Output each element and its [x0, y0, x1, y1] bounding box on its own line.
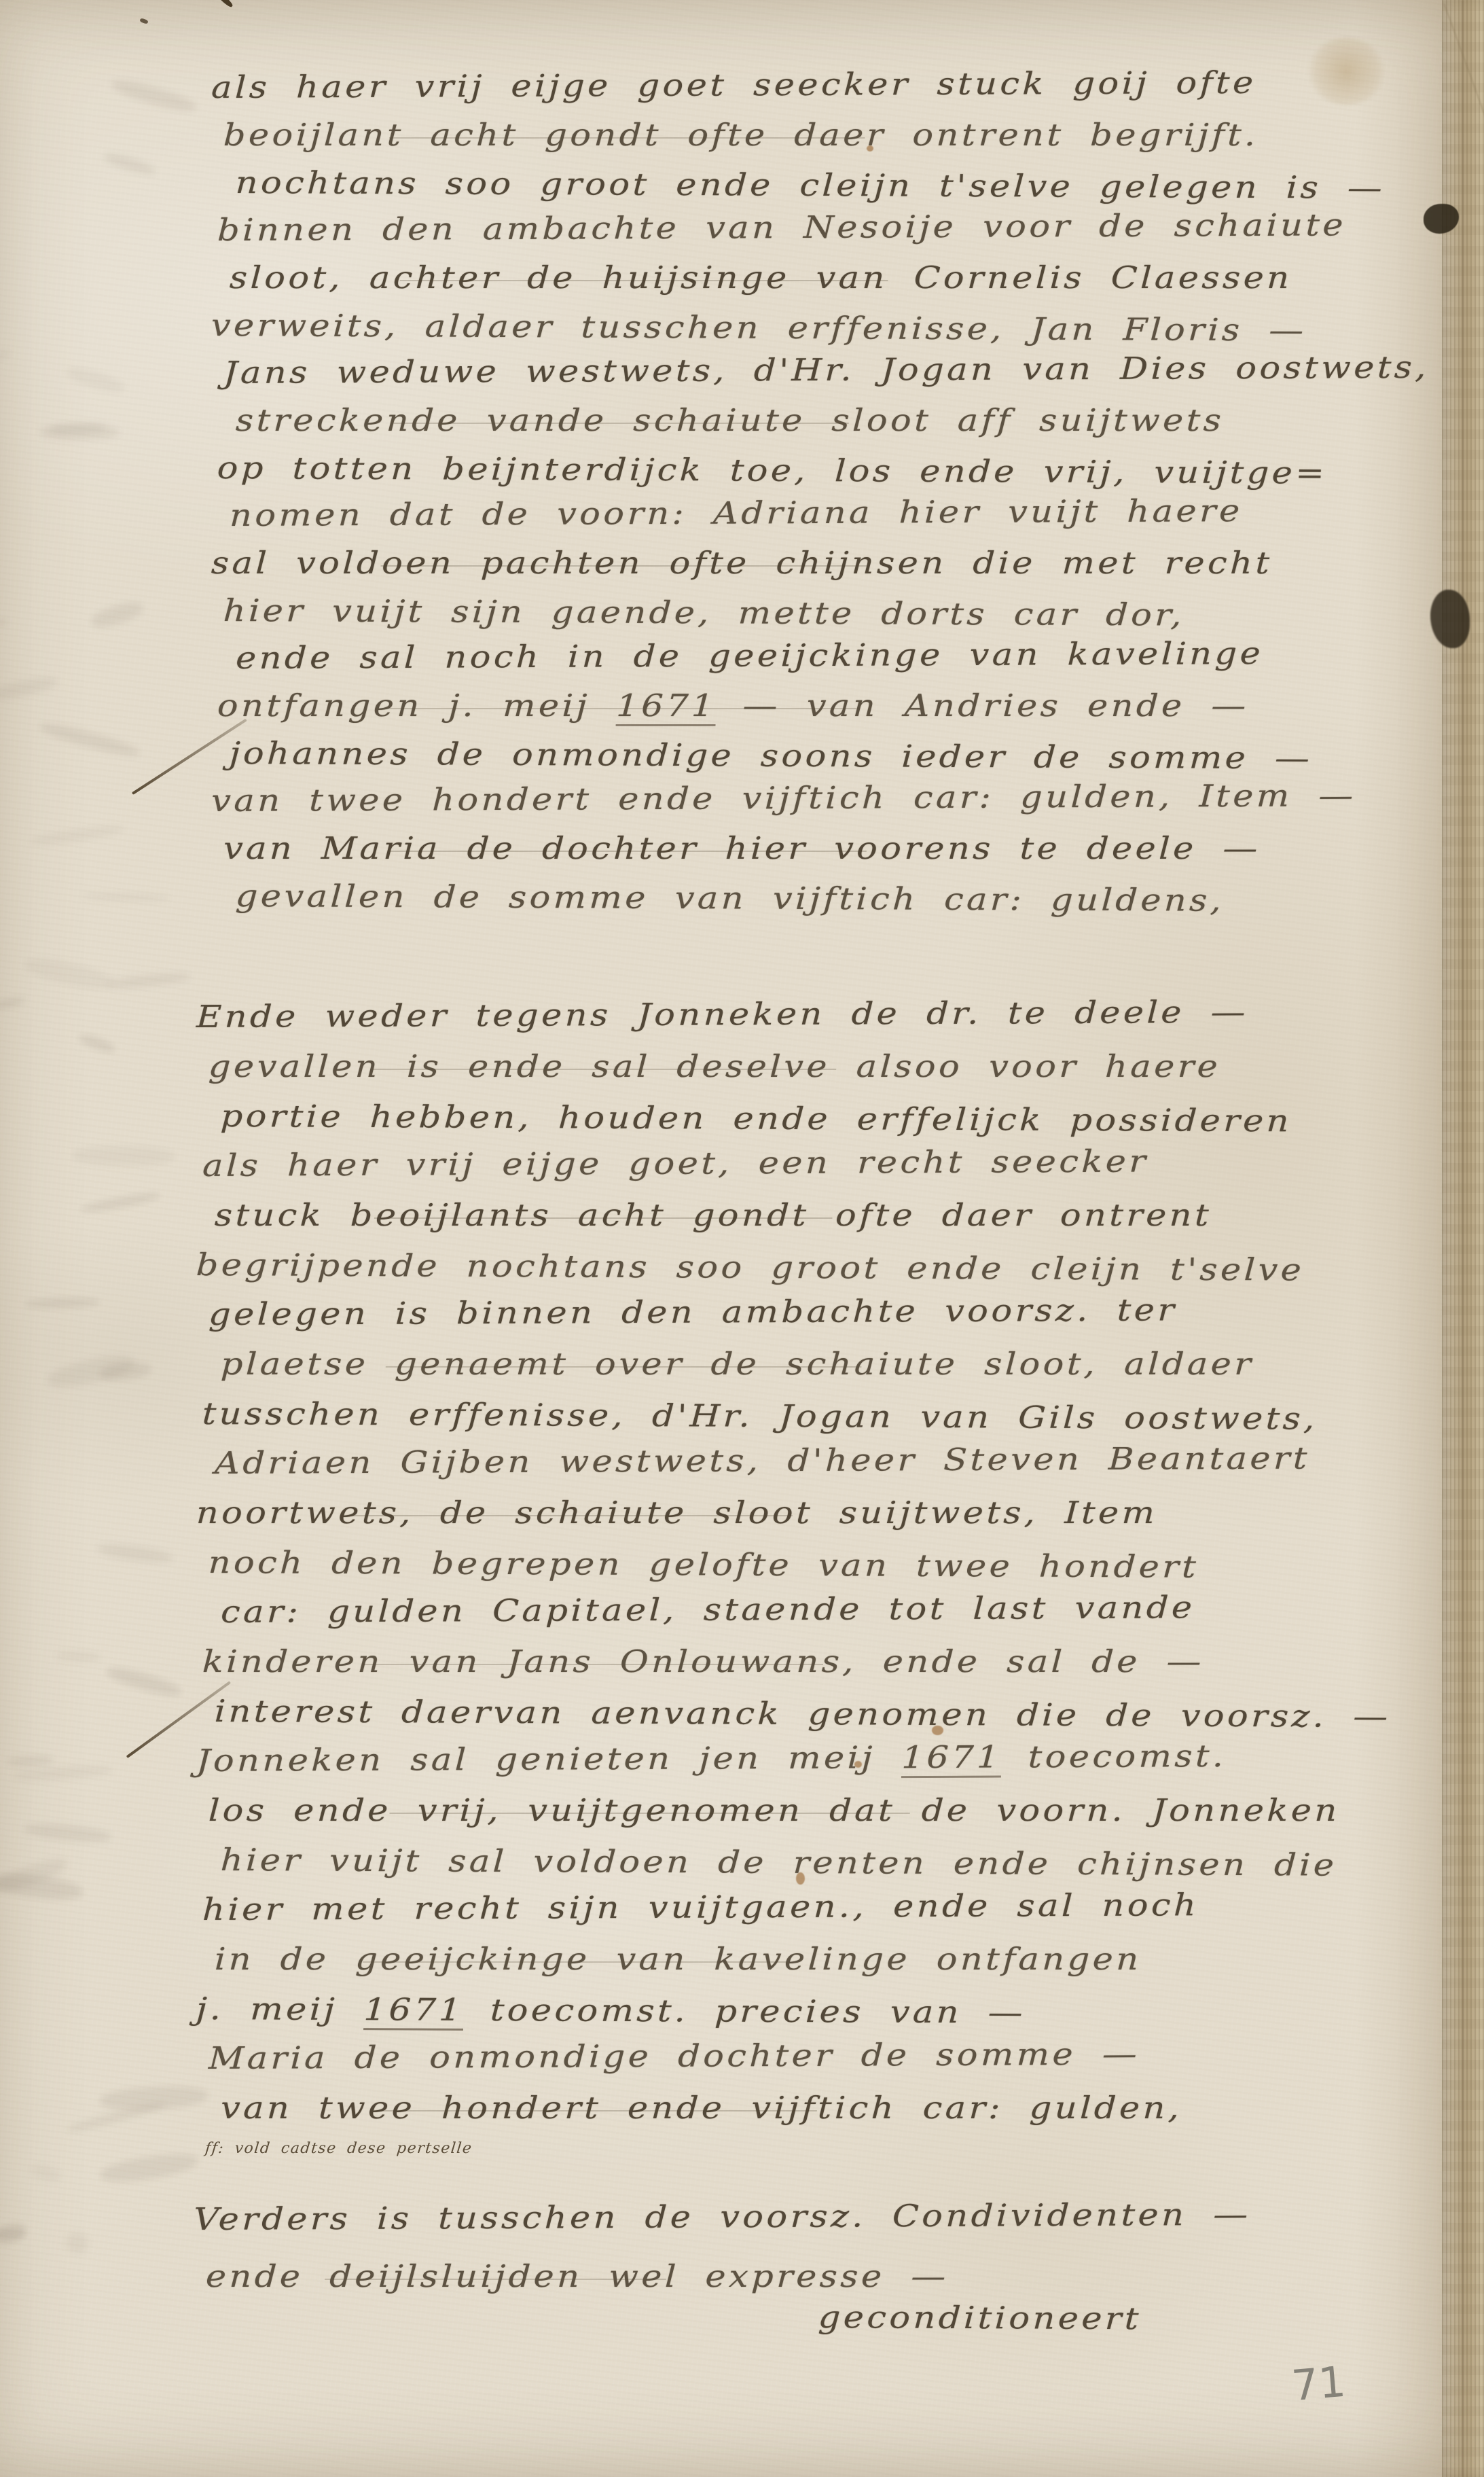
bleedthrough-mark [103, 151, 156, 177]
bleedthrough-mark [80, 1190, 162, 1215]
manuscript-text-line: hier vuijt sal voldoen de renten ende ch… [220, 1840, 1338, 1885]
bleedthrough-mark [56, 1651, 101, 1662]
marginal-note: ff: vold cadtse dese pertselle [204, 2140, 473, 2157]
manuscript-text-line: als haer vrij eijge goet seecker stuck g… [211, 63, 1256, 107]
bleedthrough-mark [89, 598, 145, 631]
manuscript-text-line: geconditioneert [818, 2298, 1142, 2338]
manuscript-text-line: Adriaen Gijben westwets, d'heer Steven B… [214, 1439, 1310, 1483]
manuscript-text-line: in de geeijckinge van kavelinge ontfange… [214, 1940, 1142, 1979]
manuscript-text-line: johannes de onmondige soons ieder de som… [229, 734, 1314, 778]
bleedthrough-mark [46, 1351, 137, 1391]
manuscript-text-line: ende deijlsluijden wel expresse — [205, 2257, 949, 2296]
manuscript-text-line: hier vuijt sijn gaende, mette dorts car … [223, 591, 1186, 635]
bleedthrough-mark [30, 823, 125, 847]
manuscript-text-line: plaetse genaemt over de schaiute sloot, … [220, 1344, 1254, 1384]
bleedthrough-mark [96, 1541, 174, 1565]
bleedthrough-mark [0, 348, 12, 364]
bleedthrough-mark [37, 719, 141, 761]
manuscript-text-line: begrijpende nochtans soo groot ende clei… [196, 1245, 1305, 1290]
bleedthrough-mark [24, 1821, 112, 1845]
manuscript-text-line: los ende vrij, vuijtgenomen dat de voorn… [208, 1791, 1341, 1830]
manuscript-text-line: interest daervan aenvanck genomen die de… [214, 1692, 1392, 1736]
manuscript-text-line: sal voldoen pachten ofte chijnsen die me… [211, 543, 1273, 583]
bleedthrough-mark [107, 972, 190, 990]
manuscript-text-line: tusschen erffenisse, d'Hr. Jogan van Gil… [202, 1394, 1319, 1439]
manuscript-text-line: van twee hondert ende vijftich car: guld… [211, 776, 1356, 821]
bleedthrough-mark [98, 2150, 199, 2186]
bleedthrough-mark [0, 997, 24, 1010]
manuscript-page: als haer vrij eijge goet seecker stuck g… [0, 0, 1484, 2477]
manuscript-text-line: gevallen is ende sal deselve alsoo voor … [208, 1047, 1221, 1086]
bleedthrough-mark [73, 1145, 175, 1166]
bleedthrough-mark [63, 2229, 91, 2256]
bleedthrough-mark [0, 2220, 29, 2247]
manuscript-text-line: gelegen is binnen den ambachte voorsz. t… [208, 1290, 1178, 1334]
bleedthrough-mark [82, 893, 169, 901]
bleedthrough-mark [23, 953, 116, 994]
manuscript-text-line: portie hebben, houden ende erffelijck po… [220, 1097, 1293, 1141]
bleedthrough-mark [65, 363, 127, 396]
bleedthrough-mark [109, 75, 198, 115]
manuscript-text-line: Ende weder tegens Jonneken de dr. te dee… [196, 993, 1249, 1037]
vertical-crease [1462, 0, 1464, 2477]
verso-bleedthrough [0, 0, 217, 2477]
manuscript-text-line: hier met recht sijn vuijtgaen., ende sal… [202, 1885, 1199, 1929]
bleedthrough-mark [40, 424, 119, 439]
manuscript-text-line: j. meij 1671 toecomst. precies van — [196, 1989, 1027, 2033]
manuscript-text-line: Jonneken sal genieten jen meij 1671 toec… [196, 1736, 1227, 1781]
manuscript-text-line: van Maria de dochter hier voorens te dee… [223, 829, 1261, 868]
bleedthrough-mark [77, 1032, 117, 1055]
manuscript-text-line: Maria de onmondige dochter de somme — [208, 2035, 1140, 2078]
manuscript-text-line: op totten beijnterdijck toe, los ende vr… [217, 448, 1328, 493]
manuscript-text-line: stuck beoijlants acht gondt ofte daer on… [214, 1196, 1212, 1235]
manuscript-text-line: verweits, aldaer tusschen erffenisse, Ja… [211, 306, 1307, 350]
manuscript-text-line: Jans weduwe westwets, d'Hr. Jogan van Di… [223, 348, 1430, 393]
manuscript-text-line: Verders is tusschen de voorsz. Condivide… [193, 2195, 1251, 2239]
bleedthrough-mark [7, 1755, 53, 1766]
bleedthrough-mark [105, 1663, 183, 1700]
manuscript-text-line: beoijlant acht gondt ofte daer ontrent b… [223, 115, 1259, 155]
bleedthrough-mark [0, 618, 8, 628]
manuscript-text-line: ende sal noch in de geeijckinge van kave… [235, 634, 1264, 678]
bleedthrough-mark [29, 2162, 62, 2184]
manuscript-text-line: van twee hondert ende vijftich car: guld… [220, 2088, 1183, 2128]
manuscript-text-line: sloot, achter de huijsinge van Cornelis … [229, 258, 1293, 298]
bleedthrough-mark [13, 1764, 112, 1783]
manuscript-text-line: noortwets, de schaiute sloot suijtwets, … [196, 1493, 1158, 1533]
bleedthrough-mark [0, 674, 58, 703]
manuscript-text-line: nochtans soo groot ende cleijn t'selve g… [235, 163, 1386, 208]
manuscript-text-line: gevallen de somme van vijftich car: guld… [235, 876, 1225, 921]
manuscript-text-line: kinderen van Jans Onlouwans, ende sal de… [202, 1642, 1205, 1681]
manuscript-text-line: noch den begrepen gelofte van twee honde… [208, 1543, 1200, 1587]
manuscript-text-line: car: gulden Capitael, staende tot last v… [220, 1588, 1195, 1632]
page-number: 71 [1290, 2357, 1347, 2411]
manuscript-text-line: als haer vrij eijge goet, een recht seec… [202, 1142, 1149, 1186]
manuscript-text-line: ontfangen j. meij 1671 — van Andries end… [217, 686, 1250, 726]
bleedthrough-mark [24, 1298, 99, 1309]
manuscript-text-line: binnen den ambachte van Nesoije voor de … [217, 205, 1347, 250]
manuscript-text-line: streckende vande schaiute sloot aff suij… [235, 401, 1225, 440]
manuscript-text-line: nomen dat de voorn: Adriana hier vuijt h… [229, 491, 1243, 535]
brown-stain [1307, 37, 1386, 105]
